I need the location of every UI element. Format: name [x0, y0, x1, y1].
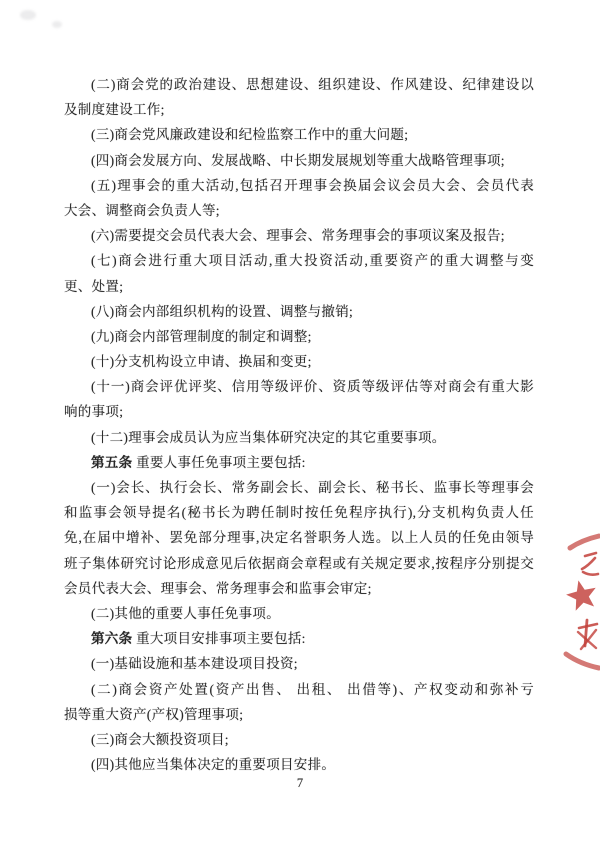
official-seal-stamp	[554, 522, 600, 674]
text-line: (三)商会党风廉政建设和纪检监察工作中的重大问题;	[64, 122, 534, 147]
document-body: (二)商会党的政治建设、思想建设、组织建设、作风建设、纪律建设以及制度建设工作;…	[64, 72, 534, 777]
text-line: (六)需要提交会员代表大会、理事会、常务理事会的事项议案及报告;	[64, 223, 534, 248]
text-line: 免,在届中增补、罢免部分理事,决定名誉职务人选。以上人员的任免由领导	[64, 525, 534, 550]
text-line: (一)基础设施和基本建设项目投资;	[64, 651, 534, 676]
text-line: (八)商会内部组织机构的设置、调整与撤销;	[64, 299, 534, 324]
text-line: (一)会长、执行会长、常务副会长、副会长、秘书长、监事长等理事会	[64, 475, 534, 500]
text-line: 班子集体研究讨论形成意见后依据商会章程或有关规定要求,按程序分别提交	[64, 551, 534, 576]
text-line: (二)商会资产处置(资产出售、 出租、 出借等)、产权变动和弥补亏	[64, 677, 534, 702]
text-line: 会员代表大会、理事会、常务理事会和监事会审定;	[64, 576, 534, 601]
text-line: (九)商会内部管理制度的制定和调整;	[64, 324, 534, 349]
text-line: 响的事项;	[64, 399, 534, 424]
article-heading: 第六条	[91, 631, 132, 646]
text-line: (十二)理事会成员认为应当集体研究决定的其它重要事项。	[64, 425, 534, 450]
text-line: (二)其他的重要人事任免事项。	[64, 601, 534, 626]
text-line: 损等重大资产(产权)管理事项;	[64, 702, 534, 727]
text-line: (二)商会党的政治建设、思想建设、组织建设、作风建设、纪律建设以	[64, 72, 534, 97]
page-number: 7	[0, 772, 600, 794]
scan-smudge	[52, 21, 62, 28]
text-line: (十一)商会评优评奖、信用等级评价、资质等级评估等对商会有重大影	[64, 374, 534, 399]
seal-graphic	[554, 522, 600, 674]
text-line: 第六条 重大项目安排事项主要包括:	[64, 626, 534, 651]
scan-smudge	[20, 10, 36, 20]
text-line: 更、处置;	[64, 274, 534, 299]
text-line: 和监事会领导提名(秘书长为聘任制时按任免程序执行),分支机构负责人任	[64, 500, 534, 525]
text-line: (七)商会进行重大项目活动,重大投资活动,重要资产的重大调整与变	[64, 248, 534, 273]
text-line: (十)分支机构设立申请、换届和变更;	[64, 349, 534, 374]
text-line: (四)商会发展方向、发展战略、中长期发展规划等重大战略管理事项;	[64, 148, 534, 173]
document-page: (二)商会党的政治建设、思想建设、组织建设、作风建设、纪律建设以及制度建设工作;…	[0, 0, 600, 849]
article-heading: 第五条	[91, 455, 132, 470]
text-line: (三)商会大额投资项目;	[64, 727, 534, 752]
text-line: 第五条 重要人事任免事项主要包括:	[64, 450, 534, 475]
text-line: 大会、调整商会负责人等;	[64, 198, 534, 223]
text-line: 及制度建设工作;	[64, 97, 534, 122]
text-line: (五)理事会的重大活动,包括召开理事会换届会议会员大会、会员代表	[64, 173, 534, 198]
